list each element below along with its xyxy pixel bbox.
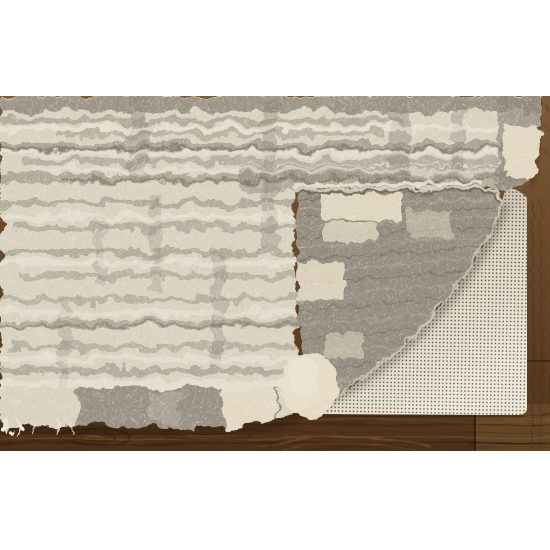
shadow-pad-bottom-edge xyxy=(310,416,522,417)
screenshot xyxy=(0,0,550,550)
product-photo-canvas xyxy=(0,0,550,550)
photo xyxy=(0,90,550,452)
fold-corner-tuft xyxy=(282,352,338,418)
